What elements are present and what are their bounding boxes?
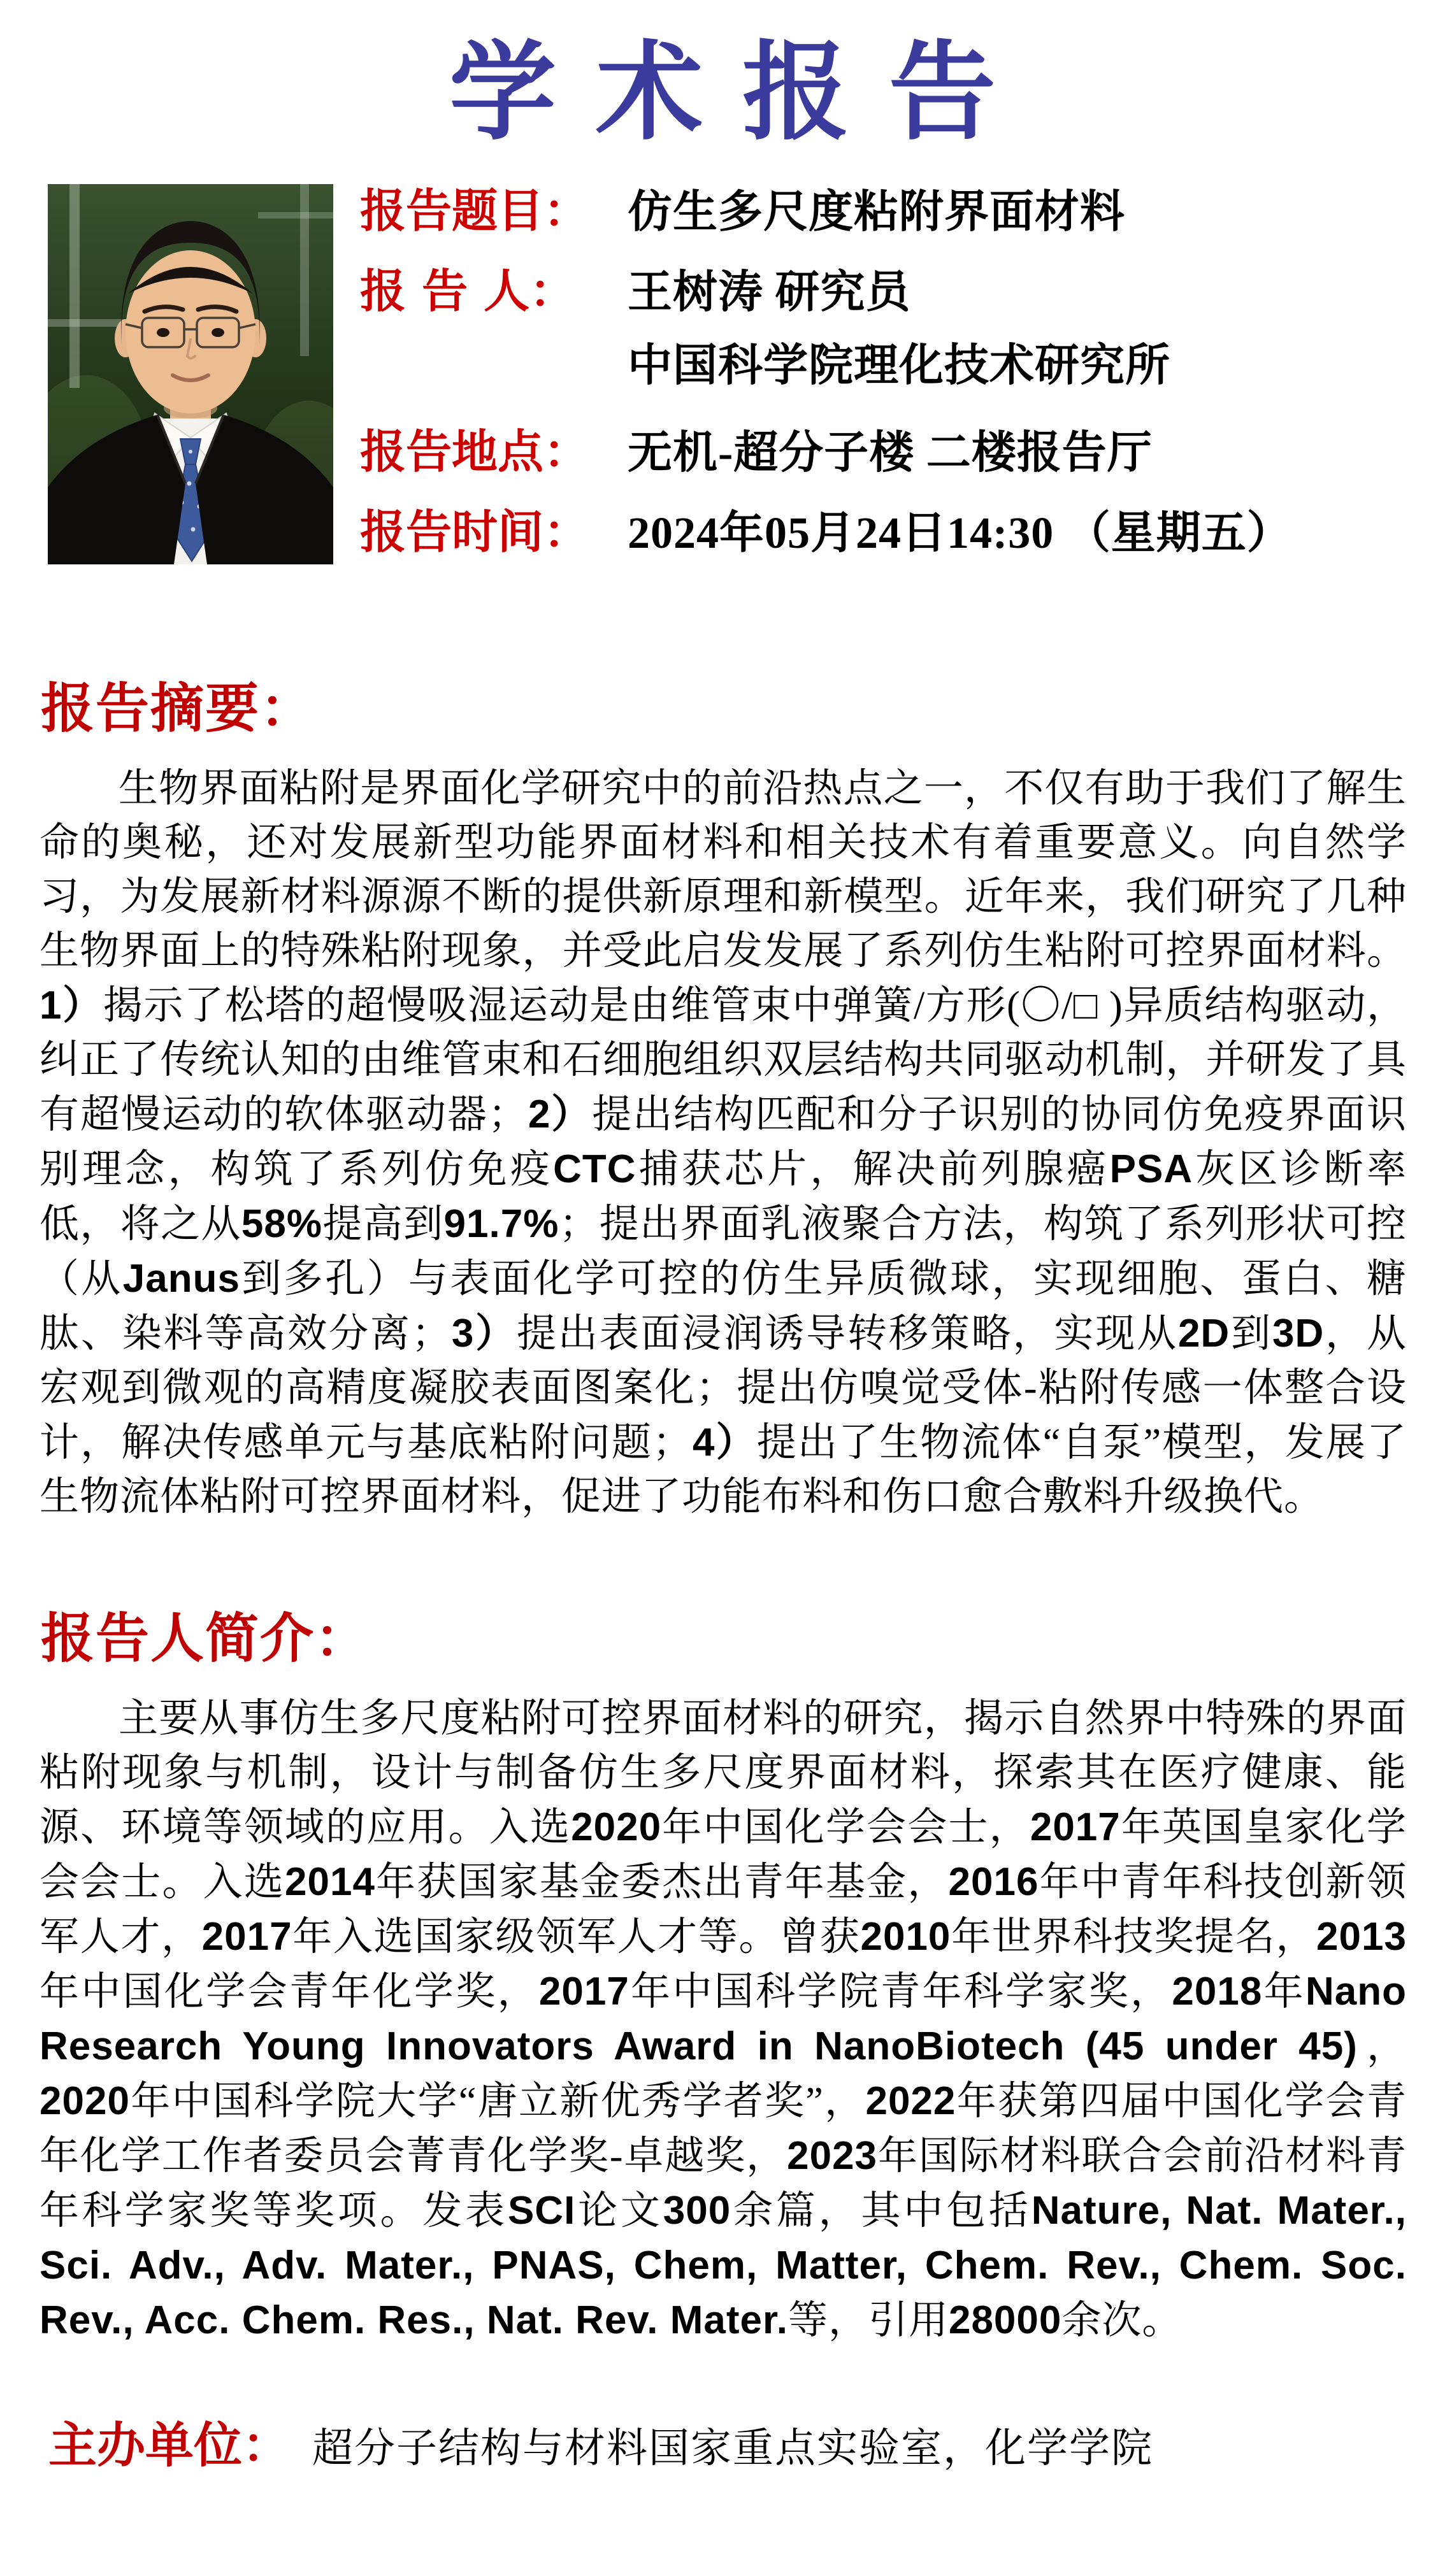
organizer-label: 主办单位： (48, 2407, 291, 2476)
abstract-paragraph: 生物界面粘附是界面化学研究中的前沿热点之一，不仅有助于我们了解生命的奥秘，还对发… (40, 762, 1407, 1524)
bio-heading: 报告人简介： (41, 1596, 1445, 1673)
info-value-location: 无机-超分子楼 二楼报告厅 (628, 422, 1153, 485)
info-label-speaker: 报 告 人： (360, 254, 628, 320)
info-row-time: 报告时间： 2024年05月24日14:30 （星期五） (360, 495, 1426, 559)
info-row-topic: 报告题目： 仿生多尺度粘附界面材料 (360, 174, 1426, 238)
info-row-speaker: 报 告 人： 王树涛 研究员 (360, 254, 1426, 318)
report-info: 报告题目： 仿生多尺度粘附界面材料 报 告 人： 王树涛 研究员 中国科学院理化… (360, 174, 1426, 575)
header-info-section: 报告题目： 仿生多尺度粘附界面材料 报 告 人： 王树涛 研究员 中国科学院理化… (0, 170, 1445, 625)
organizer-value: 超分子结构与材料国家重点实验室，化学学院 (312, 2415, 1153, 2474)
info-row-affiliation: 中国科学院理化技术研究所 (360, 334, 1426, 398)
info-value-topic: 仿生多尺度粘附界面材料 (628, 181, 1125, 245)
seminar-poster: 学术报告 (0, 0, 1445, 2576)
info-row-location: 报告地点： 无机-超分子楼 二楼报告厅 (360, 415, 1426, 478)
info-label-topic: 报告题目： (360, 174, 628, 240)
speaker-photo (48, 184, 333, 564)
abstract-heading: 报告摘要： (41, 666, 1445, 743)
info-value-affiliation: 中国科学院理化技术研究所 (628, 334, 1170, 398)
info-value-speaker: 王树涛 研究员 (628, 261, 911, 325)
info-label-location: 报告地点： (360, 415, 628, 481)
organizer-row: 主办单位： 超分子结构与材料国家重点实验室，化学学院 (48, 2407, 1445, 2476)
bio-paragraph: 主要从事仿生多尺度粘附可控界面材料的研究，揭示自然界中特殊的界面粘附现象与机制，… (40, 1692, 1407, 2348)
page-title: 学术报告 (0, 0, 1445, 161)
info-label-time: 报告时间： (360, 495, 628, 561)
info-value-time: 2024年05月24日14:30 （星期五） (628, 502, 1292, 566)
speaker-photo-illustration (48, 184, 333, 564)
